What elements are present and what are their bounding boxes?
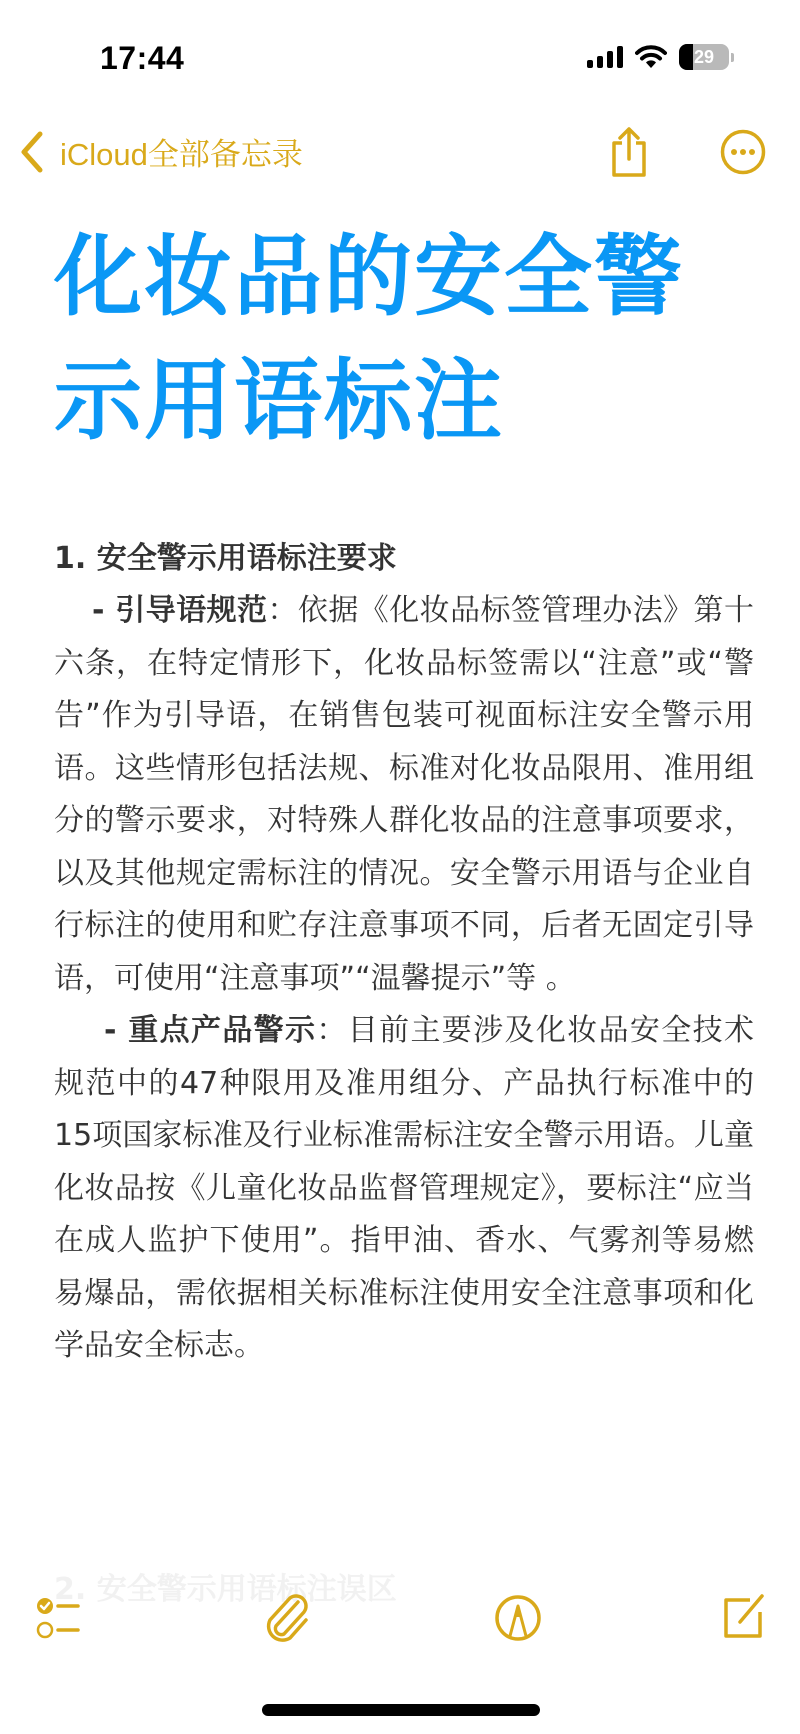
status-time: 17:44 [100, 40, 184, 77]
section-heading: 1. 安全警示用语标注要求 [54, 533, 754, 585]
markup-pen-icon[interactable] [494, 1592, 542, 1644]
item-text: ：目前主要涉及化妆品安全技术规范中的47种限用及准用组分、产品执行标准中的15项… [54, 1013, 754, 1363]
item-lead: - 重点产品警示 [54, 1013, 316, 1048]
item-text: ：依据《化妆品标签管理办法》第十六条，在特定情形下，化妆品标签需以“注意”或“警… [54, 593, 754, 996]
item-lead: - 引导语规范 [54, 593, 268, 628]
battery-percent: 29 [679, 44, 729, 70]
share-icon[interactable] [608, 125, 650, 179]
battery-tip [731, 53, 734, 62]
chevron-left-icon [18, 130, 44, 174]
attachment-paperclip-icon[interactable] [262, 1592, 312, 1644]
note-body[interactable]: 化妆品的安全警示用语标注 1. 安全警示用语标注要求 - 引导语规范：依据《化妆… [54, 215, 754, 1373]
battery-icon: 29 [679, 44, 729, 70]
nav-bar: iCloud全部备忘录 [0, 115, 800, 195]
more-ellipsis-icon[interactable] [720, 129, 766, 175]
wifi-icon [635, 45, 667, 69]
status-bar: 17:44 29 [0, 0, 800, 110]
compose-icon[interactable] [720, 1592, 768, 1642]
cellular-signal-icon [587, 46, 623, 68]
back-button[interactable]: iCloud全部备忘录 [18, 129, 303, 174]
home-indicator[interactable] [262, 1704, 540, 1716]
bottom-toolbar [0, 1592, 800, 1662]
paragraph-lead-phrase: - 引导语规范：依据《化妆品标签管理办法》第十六条，在特定情形下，化妆品标签需以… [54, 585, 754, 1005]
checklist-icon[interactable] [36, 1594, 84, 1642]
status-icons: 29 [587, 44, 734, 70]
back-label: iCloud全部备忘录 [60, 129, 303, 174]
note-title: 化妆品的安全警示用语标注 [54, 215, 754, 463]
paragraph-key-products: - 重点产品警示：目前主要涉及化妆品安全技术规范中的47种限用及准用组分、产品执… [54, 1005, 754, 1373]
